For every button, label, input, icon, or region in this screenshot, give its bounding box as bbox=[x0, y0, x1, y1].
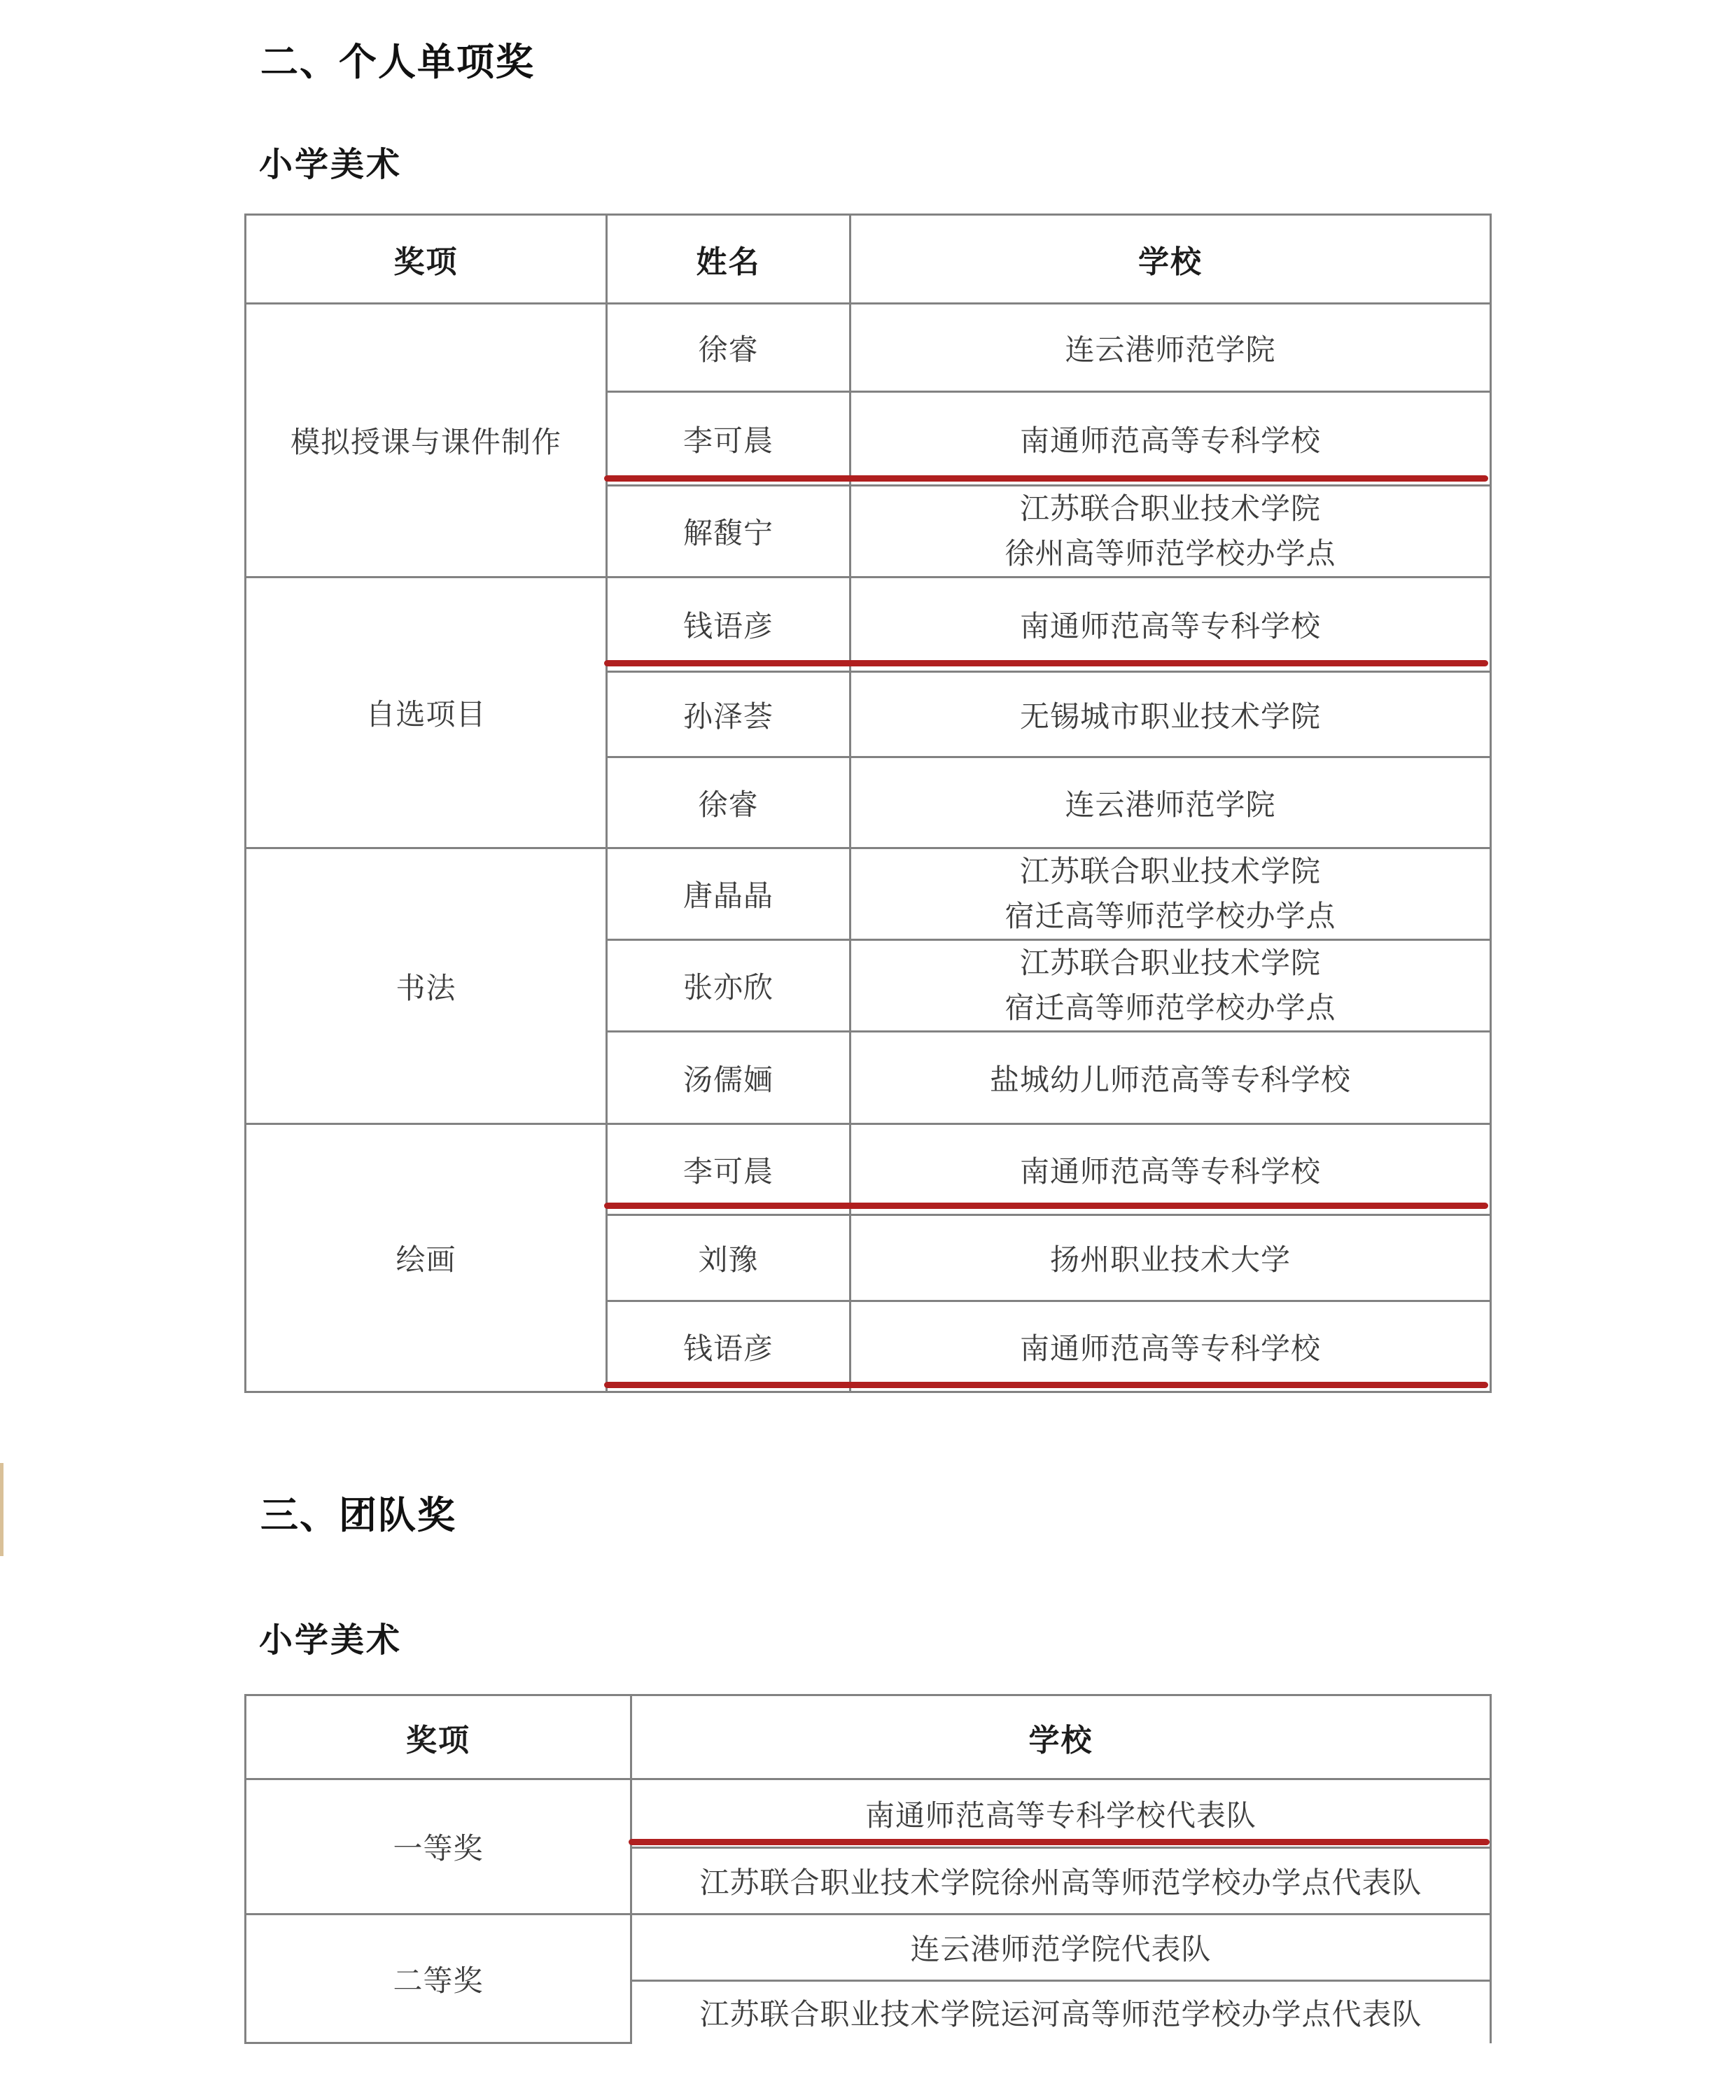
left-edge-marker bbox=[0, 1463, 3, 1556]
table-row: 书法 唐晶晶 江苏联合职业技术学院 宿迁高等师范学校办学点 bbox=[246, 848, 1491, 940]
school-cell: 连云港师范学院代表队 bbox=[631, 1914, 1491, 1981]
name-cell: 钱语彦 bbox=[607, 577, 850, 672]
school-cell: 江苏联合职业技术学院运河高等师范学校办学点代表队 bbox=[631, 1981, 1491, 2043]
school-cell: 扬州职业技术大学 bbox=[850, 1215, 1491, 1301]
school-cell: 南通师范高等专科学校代表队 bbox=[631, 1779, 1491, 1848]
team-awards-table: 奖项 学校 一等奖 南通师范高等专科学校代表队 江苏联合职业技术学院徐州高等师范… bbox=[244, 1694, 1492, 2044]
highlight-underline bbox=[629, 1839, 1490, 1845]
section-title-individual-awards: 二、个人单项奖 bbox=[260, 32, 535, 86]
name-cell: 钱语彦 bbox=[607, 1301, 850, 1392]
table-row: 二等奖 连云港师范学院代表队 bbox=[246, 1914, 1491, 1981]
table-row: 模拟授课与课件制作 徐睿 连云港师范学院 bbox=[246, 304, 1491, 392]
school-cell: 南通师范高等专科学校 bbox=[850, 577, 1491, 672]
highlight-underline bbox=[604, 1203, 1488, 1209]
header-school: 学校 bbox=[631, 1695, 1491, 1779]
name-cell: 刘豫 bbox=[607, 1215, 850, 1301]
table-row: 绘画 李可晨 南通师范高等专科学校 bbox=[246, 1124, 1491, 1215]
table-header-row: 奖项 姓名 学校 bbox=[246, 215, 1491, 304]
header-name: 姓名 bbox=[607, 215, 850, 304]
name-cell: 汤儒婳 bbox=[607, 1032, 850, 1124]
table-row: 一等奖 南通师范高等专科学校代表队 bbox=[246, 1779, 1491, 1848]
table-header-row: 奖项 学校 bbox=[246, 1695, 1491, 1779]
school-cell: 江苏联合职业技术学院 徐州高等师范学校办学点 bbox=[850, 486, 1491, 577]
school-cell: 连云港师范学院 bbox=[850, 757, 1491, 848]
school-cell: 江苏联合职业技术学院徐州高等师范学校办学点代表队 bbox=[631, 1848, 1491, 1914]
school-cell: 盐城幼儿师范高等专科学校 bbox=[850, 1032, 1491, 1124]
subsection-title-primary-art-1: 小学美术 bbox=[259, 137, 402, 185]
award-cell: 二等奖 bbox=[246, 1914, 631, 2043]
school-cell: 南通师范高等专科学校 bbox=[850, 1301, 1491, 1392]
award-cell: 模拟授课与课件制作 bbox=[246, 304, 607, 577]
award-cell: 一等奖 bbox=[246, 1779, 631, 1914]
school-cell: 连云港师范学院 bbox=[850, 304, 1491, 392]
name-cell: 张亦欣 bbox=[607, 940, 850, 1032]
school-cell: 南通师范高等专科学校 bbox=[850, 1124, 1491, 1215]
team-awards-table-container: 奖项 学校 一等奖 南通师范高等专科学校代表队 江苏联合职业技术学院徐州高等师范… bbox=[244, 1694, 1492, 2044]
name-cell: 徐睿 bbox=[607, 757, 850, 848]
header-award: 奖项 bbox=[246, 215, 607, 304]
award-cell: 绘画 bbox=[246, 1124, 607, 1392]
award-cell: 书法 bbox=[246, 848, 607, 1124]
name-cell: 孙泽荟 bbox=[607, 672, 850, 757]
school-cell: 江苏联合职业技术学院 宿迁高等师范学校办学点 bbox=[850, 848, 1491, 940]
name-cell: 李可晨 bbox=[607, 1124, 850, 1215]
individual-awards-table-container: 奖项 姓名 学校 模拟授课与课件制作 徐睿 连云港师范学院 李可晨 南通师范高等… bbox=[244, 213, 1492, 1393]
header-school: 学校 bbox=[850, 215, 1491, 304]
name-cell: 唐晶晶 bbox=[607, 848, 850, 940]
highlight-underline bbox=[604, 660, 1488, 666]
highlight-underline bbox=[604, 1382, 1488, 1388]
name-cell: 徐睿 bbox=[607, 304, 850, 392]
table-row: 自选项目 钱语彦 南通师范高等专科学校 bbox=[246, 577, 1491, 672]
name-cell: 李可晨 bbox=[607, 392, 850, 486]
document-page: 二、个人单项奖 小学美术 奖项 姓名 学校 模拟授课与课件制作 徐睿 连云港师范… bbox=[0, 0, 1736, 2100]
highlight-underline bbox=[604, 475, 1488, 482]
name-cell: 解馥宁 bbox=[607, 486, 850, 577]
school-cell: 南通师范高等专科学校 bbox=[850, 392, 1491, 486]
header-award: 奖项 bbox=[246, 1695, 631, 1779]
school-cell: 无锡城市职业技术学院 bbox=[850, 672, 1491, 757]
section-title-team-awards: 三、团队奖 bbox=[260, 1485, 456, 1539]
school-cell: 江苏联合职业技术学院 宿迁高等师范学校办学点 bbox=[850, 940, 1491, 1032]
subsection-title-primary-art-2: 小学美术 bbox=[259, 1613, 402, 1661]
individual-awards-table: 奖项 姓名 学校 模拟授课与课件制作 徐睿 连云港师范学院 李可晨 南通师范高等… bbox=[244, 213, 1492, 1393]
award-cell: 自选项目 bbox=[246, 577, 607, 848]
